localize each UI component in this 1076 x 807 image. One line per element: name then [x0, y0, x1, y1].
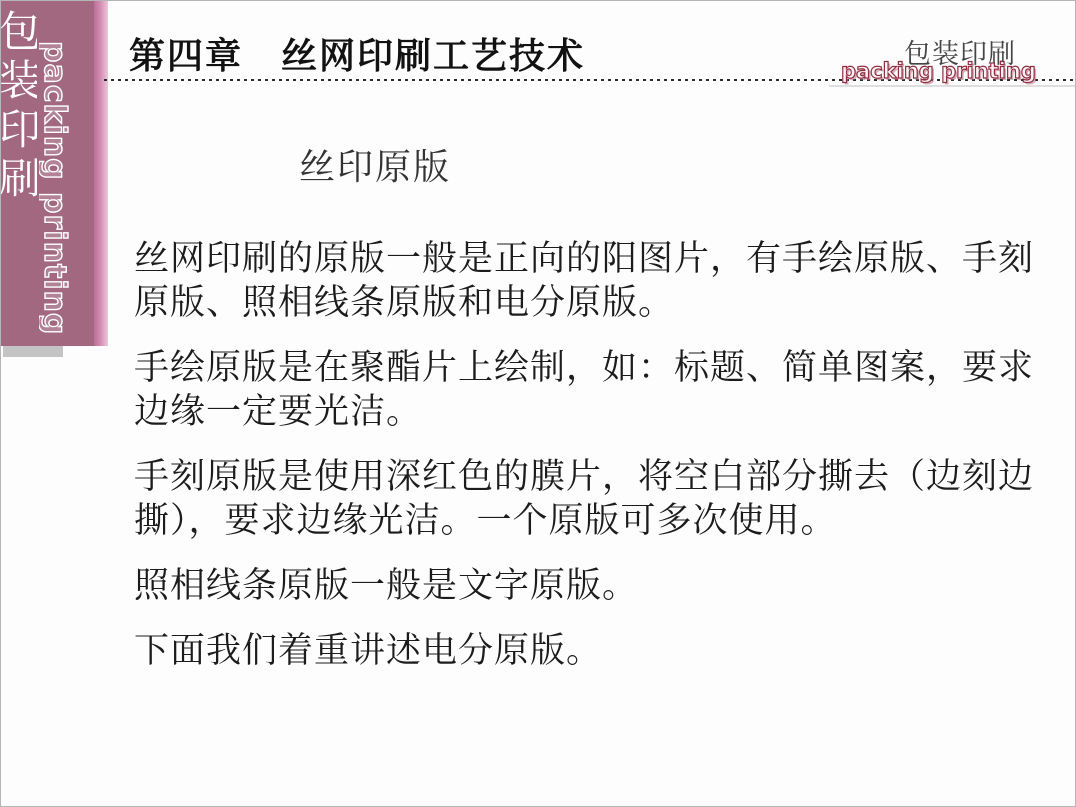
paragraph-hand-drawn-original: 手绘原版是在聚酯片上绘制，如：标题、简单图案，要求边缘一定要光洁。: [134, 346, 1048, 434]
sidebar-gradient-strip: [94, 1, 108, 346]
presentation-slide: 包装印刷 packing printing 第四章 丝网印刷工艺技术 包装印刷 …: [0, 0, 1076, 807]
content-body: 丝网印刷的原版一般是正向的阳图片，有手绘原版、手刻原版、照相线条原版和电分原版。…: [134, 237, 1048, 694]
content-heading: 丝印原版: [299, 139, 451, 190]
paragraph-hand-cut-original: 手刻原版是使用深红色的膜片，将空白部分撕去（边刻边撕），要求边缘光洁。一个原版可…: [134, 455, 1048, 543]
chapter-title: 第四章 丝网印刷工艺技术: [129, 37, 585, 77]
sidebar-drop-shadow: [3, 346, 63, 357]
paragraph-next-topic: 下面我们着重讲述电分原版。: [134, 629, 1048, 673]
sidebar-vertical-text-cn: 包装印刷: [0, 9, 37, 344]
paragraph-originals-overview: 丝网印刷的原版一般是正向的阳图片，有手绘原版、手刻原版、照相线条原版和电分原版。: [134, 237, 1048, 325]
logo-underline: [829, 85, 1075, 87]
logo-text-en: packing printing: [841, 59, 1036, 83]
paragraph-photographic-line-original: 照相线条原版一般是文字原版。: [134, 564, 1048, 608]
sidebar-vertical-text-en: packing printing: [39, 41, 69, 341]
